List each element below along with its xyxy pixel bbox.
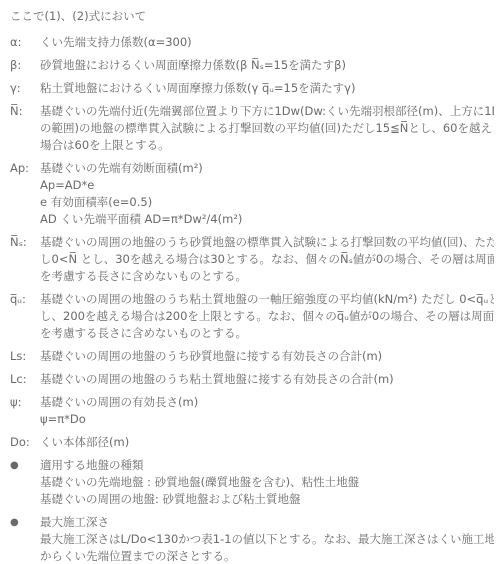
definition-row-qubar: q̅ᵤ: 基礎ぐいの周囲の地盤のうち粘土質地盤の一軸圧縮強度の平均値(kN/m²… — [10, 291, 494, 342]
definition-row-ap: Ap: 基礎ぐいの先端有効断面積(m²) Ap=AD*e e 有効面積率(e=0… — [10, 160, 494, 228]
intro-line: ここで(1)、(2)式において — [10, 8, 494, 25]
definition-row-nsbar: N̅ₛ: 基礎ぐいの周囲の地盤のうち砂質地盤の標準貫入試験による打撃回数の平均値… — [10, 234, 494, 285]
definition-term-lc: Lc: — [10, 371, 40, 388]
definition-row-do: Do: くい本体部径(m) — [10, 434, 494, 451]
definition-text-nbar: 基礎ぐいの先端付近(先端翼部位置より下方に1Dw(Dw:くい先端羽根部径(m)、… — [40, 103, 494, 154]
definition-text-ls: 基礎ぐいの周囲の地盤のうち砂質地盤に接する有効長さの合計(m) — [40, 348, 494, 365]
definition-term-alpha: α: — [10, 34, 40, 51]
definition-row-beta: β: 砂質地盤におけるくい周面摩擦力係数(β N̅ₛ=15を満たすβ) — [10, 57, 494, 74]
bullet-icon: ● — [10, 514, 40, 531]
document-page: ここで(1)、(2)式において α: くい先端支持力係数(α=300) β: 砂… — [0, 0, 500, 564]
definition-row-gamma: γ: 粘土質地盤におけるくい周面摩擦力係数(γ q̅ᵤ=15を満たすγ) — [10, 80, 494, 97]
definition-term-nsbar: N̅ₛ: — [10, 234, 40, 251]
bullet-section-max-depth: ● 最大施工深さ 最大施工深さはL/Do<130かつ表1-1の値以下とする。なお… — [10, 514, 494, 564]
definition-text-do: くい本体部径(m) — [40, 434, 494, 451]
definition-row-ls: Ls: 基礎ぐいの周囲の地盤のうち砂質地盤に接する有効長さの合計(m) — [10, 348, 494, 365]
bullet-text-max-depth: 最大施工深さ 最大施工深さはL/Do<130かつ表1-1の値以下とする。なお、最… — [40, 514, 494, 564]
definition-text-qubar: 基礎ぐいの周囲の地盤のうち粘土質地盤の一軸圧縮強度の平均値(kN/m²) ただし… — [40, 291, 494, 342]
definition-row-nbar: N̅: 基礎ぐいの先端付近(先端翼部位置より下方に1Dw(Dw:くい先端羽根部径… — [10, 103, 494, 154]
definition-text-beta: 砂質地盤におけるくい周面摩擦力係数(β N̅ₛ=15を満たすβ) — [40, 57, 494, 74]
definition-text-alpha: くい先端支持力係数(α=300) — [40, 34, 494, 51]
definition-row-alpha: α: くい先端支持力係数(α=300) — [10, 34, 494, 51]
definition-term-ap: Ap: — [10, 160, 40, 177]
definition-text-lc: 基礎ぐいの周囲の地盤のうち粘土質地盤に接する有効長さの合計(m) — [40, 371, 494, 388]
definition-term-nbar: N̅: — [10, 103, 40, 120]
definition-text-psi: 基礎ぐいの周囲の有効長さ(m) ψ=π*Do — [40, 394, 494, 428]
definition-text-gamma: 粘土質地盤におけるくい周面摩擦力係数(γ q̅ᵤ=15を満たすγ) — [40, 80, 494, 97]
definition-term-gamma: γ: — [10, 80, 40, 97]
definition-term-qubar: q̅ᵤ: — [10, 291, 40, 308]
definition-text-ap: 基礎ぐいの先端有効断面積(m²) Ap=AD*e e 有効面積率(e=0.5) … — [40, 160, 494, 228]
definition-row-psi: ψ: 基礎ぐいの周囲の有効長さ(m) ψ=π*Do — [10, 394, 494, 428]
definition-term-beta: β: — [10, 57, 40, 74]
bullet-section-soil-types: ● 適用する地盤の種類 基礎ぐいの先端地盤 : 砂質地盤(礫質地盤を含む)、粘性… — [10, 457, 494, 508]
definition-row-lc: Lc: 基礎ぐいの周囲の地盤のうち粘土質地盤に接する有効長さの合計(m) — [10, 371, 494, 388]
bullet-text-soil-types: 適用する地盤の種類 基礎ぐいの先端地盤 : 砂質地盤(礫質地盤を含む)、粘性土地… — [40, 457, 494, 508]
bullet-icon: ● — [10, 457, 40, 474]
definition-term-do: Do: — [10, 434, 40, 451]
definition-term-psi: ψ: — [10, 394, 40, 411]
definition-text-nsbar: 基礎ぐいの周囲の地盤のうち砂質地盤の標準貫入試験による打撃回数の平均値(回)、た… — [40, 234, 494, 285]
definition-term-ls: Ls: — [10, 348, 40, 365]
